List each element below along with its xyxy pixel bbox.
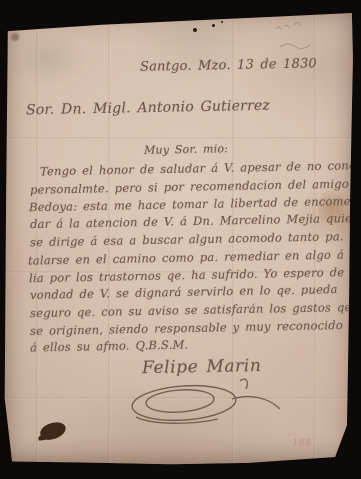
letter-line: seguro qe. con su aviso se satisfarán lo…: [30, 300, 356, 320]
letter-line: vondad de V. se dignará servirlo en lo q…: [30, 282, 338, 302]
letter-line: dar á la atencion de V. á Dn. Marcelino …: [30, 211, 360, 231]
fold-crease-horizontal: [4, 137, 354, 140]
letter-line: á ellos su afmo. Q.B.S.M.: [30, 337, 189, 354]
rubric-flourish: [122, 375, 282, 431]
dateline: Santgo. Mzo. 13 de 1830: [140, 56, 317, 74]
letter-line: Tengo el honor de saludar á V. apesar de…: [40, 158, 361, 179]
signature: Felipe Marin: [142, 356, 262, 378]
addressee-line: Sor. Dn. Migl. Antonio Gutierrez: [26, 98, 270, 119]
letter-line: se originen, siendo responsable y muy re…: [30, 318, 343, 338]
ink-speck: [193, 28, 197, 32]
letter-line: se dirige á esa a buscar algun acomodo t…: [30, 229, 361, 250]
pencil-marks: [272, 21, 342, 61]
scanned-letter: Santgo. Mzo. 13 de 1830 Sor. Dn. Migl. A…: [0, 0, 361, 479]
archive-number: 184: [292, 438, 311, 449]
salutation: Muy Sor. mio:: [144, 142, 228, 157]
ink-speck: [212, 24, 215, 27]
letter-paper: Santgo. Mzo. 13 de 1830 Sor. Dn. Migl. A…: [4, 13, 354, 466]
ink-speck: [221, 21, 223, 23]
ink-blot: [39, 420, 68, 441]
letter-line: talarse en el camino como pa. remediar e…: [28, 246, 361, 267]
signature-rubric: [122, 375, 282, 431]
fold-crease-horizontal: [4, 397, 354, 400]
smudge-stain: [9, 32, 21, 42]
letter-line: personalmte. pero si por recomendacion d…: [30, 175, 361, 196]
